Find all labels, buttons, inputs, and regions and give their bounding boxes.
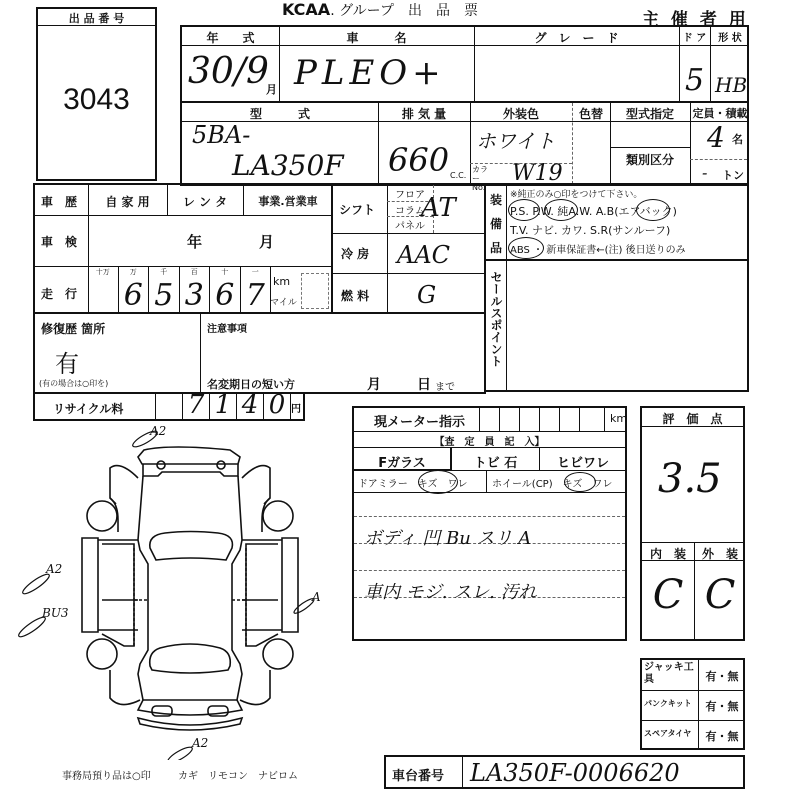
equipment-line2: T.V. ナビ. カワ. S.R(サンルーフ): [510, 222, 670, 238]
windshield-label: Fガラス: [354, 452, 450, 471]
circle-abs: [508, 237, 544, 259]
door-label: ド ア: [679, 29, 710, 44]
capacity-label: 定員・積載: [690, 105, 750, 121]
mileage-digit-cell: 一7: [241, 266, 272, 312]
type-designation-label: 型式指定: [610, 105, 690, 122]
jack-tool-value[interactable]: 有・無: [698, 668, 746, 684]
jack-tool-label: ジャッキ工具: [644, 662, 696, 686]
mileage-unit-mile: マイル: [270, 295, 297, 308]
shift-label: シフト: [339, 201, 375, 218]
door-value: 5: [685, 63, 704, 98]
grade-box: 評 価 点 3.5 内 装 外 装 C C: [640, 406, 745, 641]
inspector-header: 【査 定 員 記 入】: [354, 433, 625, 448]
capacity-unit: 名: [732, 131, 743, 147]
recycle-unit: 円: [291, 400, 301, 415]
recycle-digit-value: 0: [264, 390, 290, 420]
spare-tire-value[interactable]: 有・無: [698, 728, 746, 744]
form-title-text: . グループ 出 品 票: [330, 3, 478, 19]
name-change-month: 月: [367, 374, 381, 394]
displacement-unit: C.C.: [450, 171, 466, 180]
history-option-business[interactable]: 事業.営業車: [243, 193, 333, 209]
load-value: -: [702, 163, 707, 182]
inspection-label: 車 検: [41, 233, 77, 250]
office-items-list: カギ リモコン ナビロム: [178, 767, 298, 782]
sales-point-label: セールスポイント: [489, 271, 503, 367]
recycle-digit-cell: 0: [263, 394, 290, 419]
car-name-value: PLEO+: [294, 53, 446, 93]
month-unit: 月: [266, 81, 277, 97]
model-label: 型 式: [182, 105, 378, 122]
notes-label: 注意事項: [207, 320, 247, 335]
model-value-line2: LA350F: [232, 149, 344, 182]
damage-mark-left-rear: BU3: [42, 606, 69, 620]
interior-label: 内 装: [642, 545, 694, 562]
color-value: ホワイト: [476, 125, 555, 154]
grade-label: 評 価 点: [642, 410, 743, 427]
circle-ps: [508, 199, 540, 221]
mileage-digit-label: 十万: [88, 267, 118, 277]
brand-logo: KCAA: [282, 0, 330, 19]
exterior-label: 外 装: [694, 545, 746, 562]
mileage-digit-cell: 十万: [88, 266, 119, 312]
capacity-value: 4: [707, 121, 725, 154]
year-value: 30/9: [188, 51, 269, 92]
equipment-label-1: 装: [490, 191, 502, 208]
puncture-kit-value[interactable]: 有・無: [698, 698, 746, 714]
equipment-note: ※純正のみ○印をつけて下さい。: [510, 187, 642, 200]
mileage-digit-cell: 千5: [149, 266, 180, 312]
recycle-label: リサイクル料: [53, 400, 123, 417]
inspector-comment-2: 車内 モジ. スレ. 汚れ: [364, 578, 537, 604]
spare-tire-label: スペアタイヤ: [644, 728, 691, 739]
damage-mark-front: A2: [150, 424, 166, 438]
mileage-digit-value: 7: [241, 278, 271, 313]
grade-label: グ レ ー ド: [474, 29, 679, 46]
category-label: 類別区分: [610, 151, 690, 168]
equipment-label-2: 備: [490, 215, 502, 232]
office-items-label: 事務局預り品は○印: [62, 767, 151, 782]
history-label: 車 歴: [41, 193, 77, 210]
damage-mark-left-front: A2: [46, 562, 62, 576]
puncture-kit-label: パンクキット: [644, 698, 692, 709]
recycle-digit-cell: 1: [209, 394, 236, 419]
mileage-digit-value: 6: [119, 278, 149, 313]
color-change-label: 色替: [572, 105, 610, 122]
sales-point-box: セールスポイント: [484, 259, 749, 392]
color-label: 外装色: [470, 105, 572, 122]
mileage-label: 走 行: [41, 285, 77, 302]
chassis-number-box: 車台番号 LA350F-0006620: [384, 755, 745, 789]
mileage-digit-cell: 十6: [210, 266, 241, 312]
history-option-rental[interactable]: レ ン タ: [167, 193, 243, 210]
car-damage-diagram: [0, 420, 340, 760]
recycle-digit-cell: [155, 394, 182, 419]
mileage-digit-label: 万: [119, 267, 149, 277]
ac-label: 冷 房: [341, 245, 369, 262]
mileage-digit-value: 5: [149, 278, 179, 313]
lot-number-label: 出 品 番 号: [38, 10, 155, 26]
inspection-month-unit: 月: [259, 231, 274, 252]
lot-number: 3043: [38, 83, 155, 117]
mileage-unit-km: km: [273, 275, 290, 288]
repair-notes-box: 修復歴 箇所 有 (有の場合は○印を) 注意事項 名変期日の短い方 月 日 まで: [33, 312, 486, 394]
meter-label: 現メーター指示: [374, 411, 465, 430]
drivetrain-box: シフト フロア コラム パネル AT 冷 房 AAC 燃 料 G: [331, 183, 486, 314]
vehicle-info-row1: 年 式 車 名 グ レ ー ド ド ア 形 状 30/9 月 PLEO+ 5 H…: [180, 25, 749, 103]
name-change-day: 日: [417, 374, 431, 394]
vehicle-info-row2: 型 式 排 気 量 外装色 色替 型式指定 類別区分 定員・積載 5BA- LA…: [180, 101, 749, 186]
exterior-grade: C: [694, 572, 746, 618]
equipment-label-3: 品: [490, 239, 502, 256]
name-label: 車 名: [279, 29, 474, 46]
circle-ab: [636, 199, 670, 221]
history-option-private[interactable]: 自 家 用: [88, 193, 167, 210]
shape-value: HB: [715, 73, 747, 97]
year-label: 年 式: [182, 29, 279, 46]
mileage-digit-value: 6: [210, 278, 240, 313]
repair-value[interactable]: 有: [55, 344, 79, 379]
load-unit: トン: [722, 167, 744, 183]
mileage-digit-label: 千: [149, 267, 179, 277]
mileage-digit-label: 百: [180, 267, 210, 277]
recycle-digit-cell: 7: [182, 394, 209, 419]
history-box: 車 歴 自 家 用 レ ン タ 事業.営業車 車 検 年 月 走 行 十万万6千…: [33, 183, 333, 314]
name-change-until: まで: [435, 378, 455, 393]
recycle-digit-value: 4: [237, 390, 263, 420]
mileage-digit-cell: 万6: [119, 266, 150, 312]
circle-wheel-scratch: [564, 472, 596, 492]
chassis-label: 車台番号: [392, 765, 444, 784]
inspector-box: 現メーター指示 km 【査 定 員 記 入】 Fガラス トビ 石 ヒビワレ ドア…: [352, 406, 627, 641]
damage-mark-right: A: [312, 590, 321, 604]
displacement-value: 660: [388, 141, 449, 179]
recycle-fee-box: リサイクル料 7140 円: [33, 392, 305, 421]
recycle-digit-cell: 4: [236, 394, 263, 419]
circle-pw: [544, 199, 578, 221]
mileage-digit-cell: 百3: [180, 266, 211, 312]
inspection-year-unit: 年: [187, 231, 202, 252]
damage-mark-rear: A2: [192, 736, 208, 750]
shift-value: AT: [421, 193, 456, 223]
recycle-digit-value: 7: [183, 390, 209, 420]
ac-value: AAC: [397, 241, 450, 269]
interior-grade: C: [642, 572, 694, 618]
accessories-box: ジャッキ工具 有・無 パンクキット 有・無 スペアタイヤ 有・無: [640, 658, 745, 750]
repair-note: (有の場合は○印を): [39, 378, 108, 389]
mileage-digit-label: 一: [241, 267, 271, 277]
mile-check-box[interactable]: [301, 273, 329, 309]
displacement-label: 排 気 量: [378, 105, 470, 122]
repair-label: 修復歴 箇所: [41, 320, 105, 337]
shape-label: 形 状: [710, 29, 750, 44]
fuel-value: G: [417, 281, 436, 309]
overall-grade: 3.5: [658, 456, 722, 502]
crack-label: ヒビワレ: [539, 452, 627, 471]
recycle-digit-value: 1: [210, 390, 236, 420]
mileage-digit-value: 3: [180, 278, 210, 313]
meter-unit: km: [610, 412, 627, 425]
inspector-comment-1: ボディ 凹 Bu スリ A: [364, 524, 531, 550]
mileage-digit-label: 十: [210, 267, 240, 277]
chassis-number: LA350F-0006620: [470, 759, 680, 787]
circle-mirror-scratch: [418, 470, 458, 494]
stone-chip-label: トビ 石: [452, 452, 539, 471]
equipment-box: 装 備 品 ※純正のみ○印をつけて下さい。 P.S. P.W. 純A.W. A.…: [484, 183, 749, 261]
form-title: KCAA. グループ 出 品 票: [282, 0, 478, 20]
lot-number-box: 出 品 番 号 3043: [36, 7, 157, 181]
model-value-line1: 5BA-: [192, 121, 250, 149]
fuel-label: 燃 料: [341, 287, 369, 304]
